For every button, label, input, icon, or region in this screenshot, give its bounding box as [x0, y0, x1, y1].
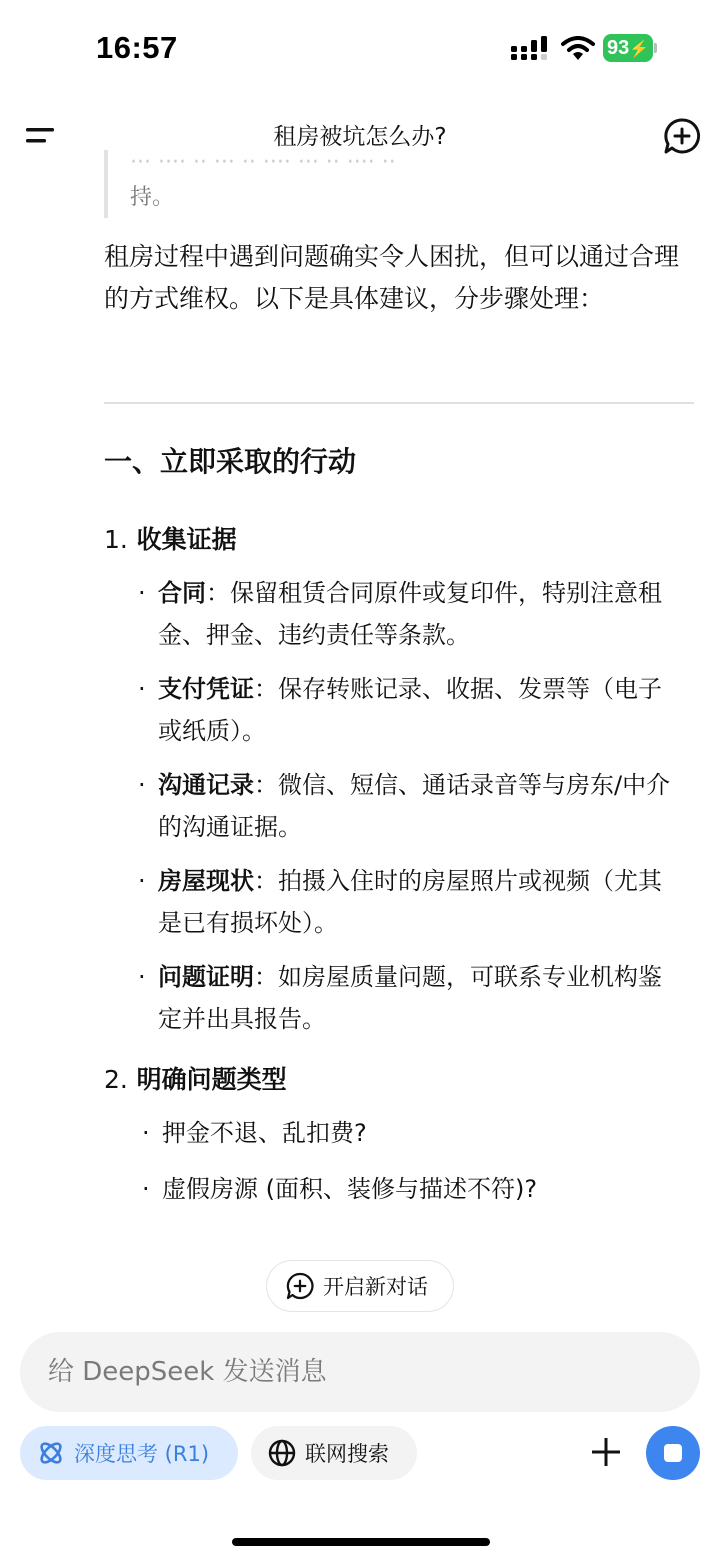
deep-think-label: 深度思考 (R1) — [74, 1438, 209, 1468]
list-item: · 合同：保留租赁合同原件或复印件，特别注意租金、押金、违约责任等条款。 — [138, 572, 678, 656]
web-search-toggle[interactable]: 联网搜索 — [251, 1426, 417, 1480]
step-title: 明确问题类型 — [137, 1065, 287, 1094]
step-heading: 2. 明确问题类型 — [104, 1060, 287, 1096]
step-heading: 1. 收集证据 — [104, 520, 237, 556]
bullet-text: 押金不退、乱扣费? — [162, 1119, 367, 1147]
bullet-label: 沟通记录 — [158, 771, 254, 799]
signal-icon — [511, 36, 549, 60]
wifi-icon — [561, 36, 595, 60]
section-title: 一、立即采取的行动 — [104, 440, 356, 480]
new-conversation-label: 开启新对话 — [323, 1271, 428, 1301]
list-item: · 支付凭证：保存转账记录、收据、发票等（电子或纸质）。 — [138, 668, 678, 752]
list-item: · 沟通记录：微信、短信、通话录音等与房东/中介的沟通证据。 — [138, 764, 678, 848]
stop-icon — [664, 1444, 682, 1462]
bullet-label: 问题证明 — [158, 963, 254, 991]
thinking-quote: ··· ···· ·· ··· ·· ···· ··· ·· ···· ·· 持… — [104, 150, 684, 218]
battery-charging-icon: 93⚡ — [603, 34, 657, 62]
globe-icon — [267, 1438, 297, 1468]
bullet-label: 合同 — [158, 579, 206, 607]
message-input-container — [20, 1332, 700, 1412]
stop-button[interactable] — [646, 1426, 700, 1480]
deep-think-toggle[interactable]: 深度思考 (R1) — [20, 1426, 238, 1480]
message-input[interactable] — [20, 1332, 700, 1412]
home-indicator — [232, 1538, 490, 1546]
chat-title: 租房被坑怎么办? — [0, 118, 720, 151]
list-item: · 虚假房源 (面积、装修与描述不符)? — [142, 1168, 682, 1210]
atom-icon — [36, 1438, 66, 1468]
step-number: 2. — [104, 1065, 128, 1094]
quote-faded-line: ··· ···· ·· ··· ·· ···· ··· ·· ···· ·· — [130, 158, 690, 168]
status-time: 16:57 — [96, 30, 178, 66]
step-title: 收集证据 — [137, 525, 237, 554]
status-bar: 16:57 93⚡ — [0, 0, 720, 100]
bullet-label: 房屋现状 — [158, 867, 254, 895]
plus-icon[interactable] — [586, 1432, 626, 1472]
bullet-text: ：保留租赁合同原件或复印件，特别注意租金、押金、违约责任等条款。 — [158, 579, 662, 649]
step-number: 1. — [104, 525, 128, 554]
message-content: ··· ···· ·· ··· ·· ···· ··· ·· ···· ·· 持… — [0, 150, 720, 1250]
intro-paragraph: 租房过程中遇到问题确实令人困扰，但可以通过合理的方式维权。以下是具体建议，分步骤… — [104, 236, 684, 320]
new-chat-icon — [285, 1271, 315, 1301]
list-item: · 问题证明：如房屋质量问题，可联系专业机构鉴定并出具报告。 — [138, 956, 678, 1040]
divider — [104, 402, 694, 404]
new-conversation-button[interactable]: 开启新对话 — [266, 1260, 454, 1312]
web-search-label: 联网搜索 — [305, 1438, 389, 1468]
bullet-label: 支付凭证 — [158, 675, 254, 703]
list-item: · 房屋现状：拍摄入住时的房屋照片或视频（尤其是已有损坏处）。 — [138, 860, 678, 944]
bullet-text: 虚假房源 (面积、装修与描述不符)? — [162, 1175, 537, 1203]
battery-level: 93 — [607, 37, 629, 59]
list-item: · 押金不退、乱扣费? — [142, 1112, 682, 1154]
quote-text: 持。 — [130, 180, 174, 211]
